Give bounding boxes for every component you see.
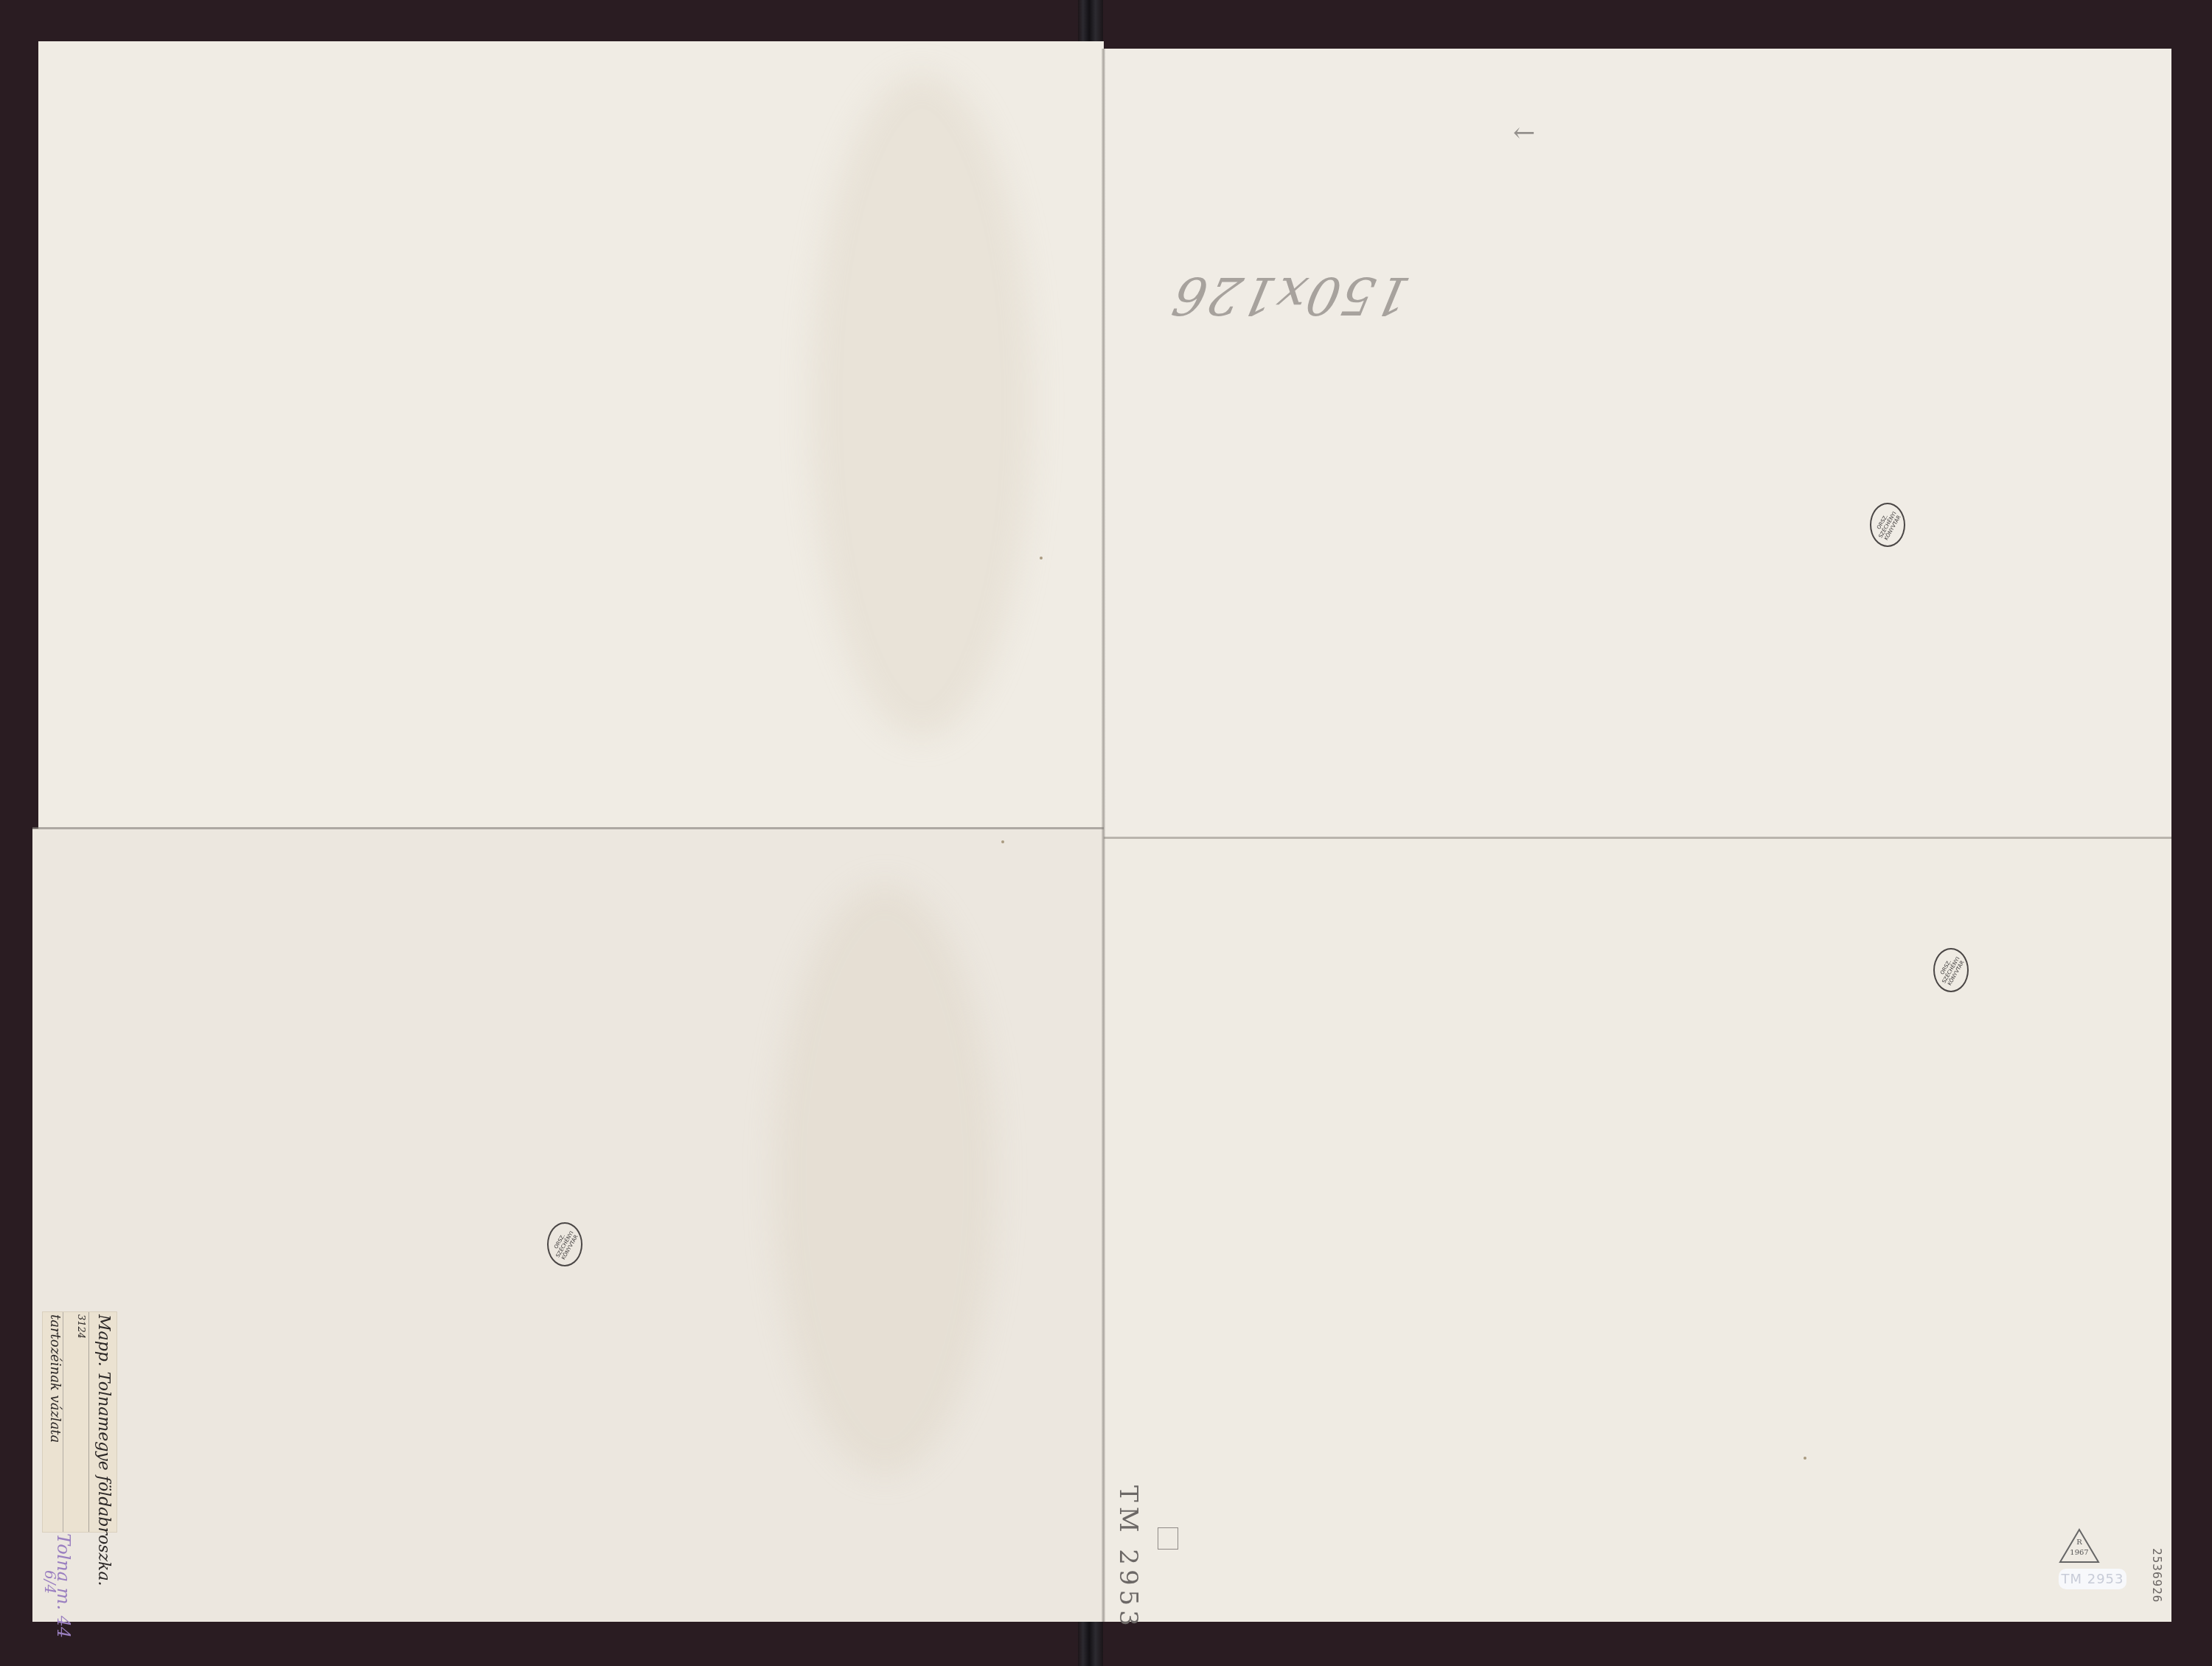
catalog-label-text: Mapp. Tolnamegye földabroszka. 3124 tart… bbox=[42, 1311, 116, 1531]
horizontal-fold-line-left bbox=[32, 827, 1104, 829]
map-panel-bottom-right bbox=[1104, 838, 2171, 1622]
tm-catalog-number: TM 2953 bbox=[1113, 1485, 1143, 1631]
library-stamp-icon: ORSZ. SZÉCHÉNYI KÖNYVTÁR bbox=[1870, 503, 1905, 547]
paper-speck bbox=[1040, 557, 1043, 560]
small-square-stamp-icon bbox=[1158, 1527, 1178, 1550]
purple-note-line2: 6/4 bbox=[41, 1570, 59, 1594]
label-subtitle: tartozéinak vázlata bbox=[47, 1314, 63, 1443]
covered-number-patch: TM 2953 bbox=[2059, 1569, 2126, 1589]
pencil-dimensions-note: 150x126 bbox=[1166, 265, 1415, 326]
library-stamp-icon: ORSZ. SZÉCHÉNYI KÖNYVTÁR bbox=[547, 1222, 582, 1266]
horizontal-fold-line-right bbox=[1104, 837, 2171, 839]
triangle-stamp-letter: R bbox=[2059, 1538, 2100, 1547]
paper-stain bbox=[811, 74, 1032, 737]
triangle-icon bbox=[2059, 1528, 2100, 1565]
pencil-arrow-mark: ← bbox=[1513, 118, 1535, 148]
inventory-number: 2536926 bbox=[2150, 1548, 2164, 1603]
purple-ink-note: Tolna m. 44 6/4 bbox=[44, 1526, 140, 1622]
paper-speck bbox=[1001, 840, 1004, 843]
triangle-stamp-year: 1967 bbox=[2059, 1549, 2100, 1557]
paper-speck bbox=[1804, 1457, 1806, 1460]
triangle-revision-stamp-icon: R 1967 bbox=[2059, 1528, 2100, 1565]
vertical-fold-line bbox=[1102, 49, 1105, 1622]
label-number: 3124 bbox=[75, 1314, 86, 1339]
map-panel-top-right bbox=[1104, 49, 2171, 840]
library-stamp-icon: ORSZ. SZÉCHÉNYI KÖNYVTÁR bbox=[1933, 948, 1969, 992]
paper-stain bbox=[774, 885, 995, 1474]
